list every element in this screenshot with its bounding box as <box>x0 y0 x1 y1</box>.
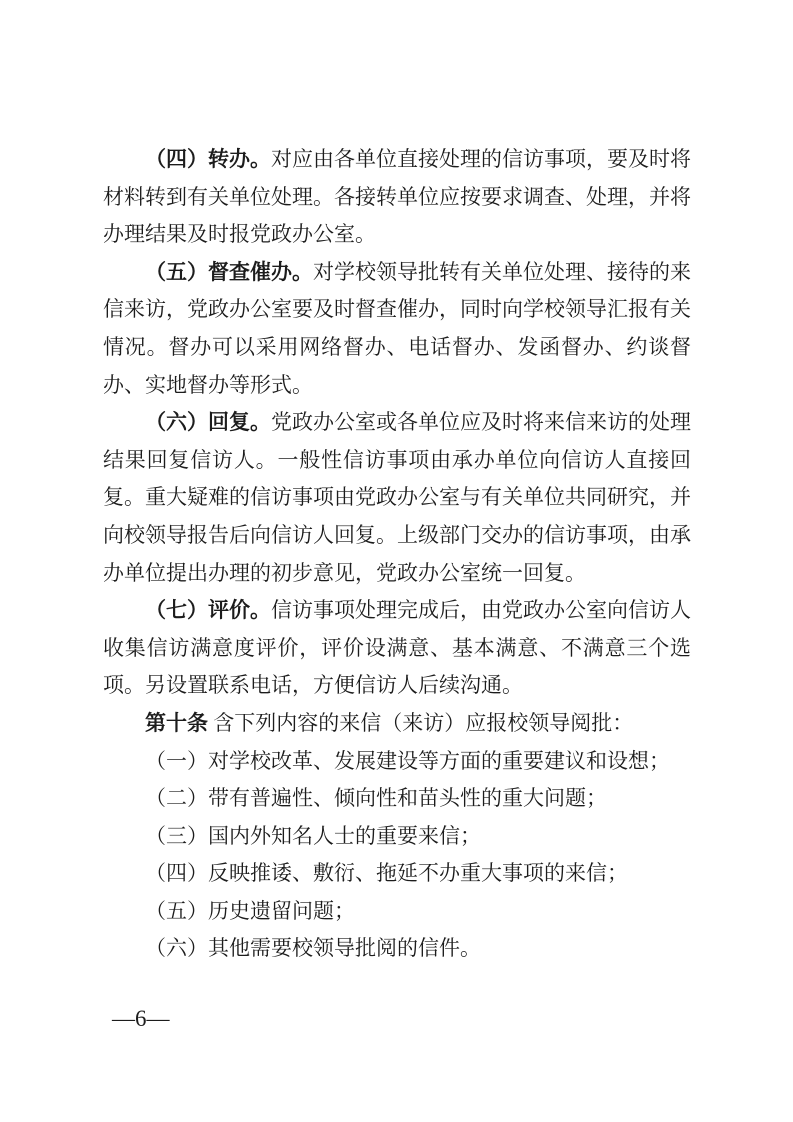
article-10-item-5: （五）历史遗留问题； <box>103 893 691 931</box>
article-10-lead: 第十条 <box>145 711 208 735</box>
article-10-item-5-text: （五）历史遗留问题； <box>145 899 355 923</box>
article-10-item-2: （二）带有普遍性、倾向性和苗头性的重大问题； <box>103 780 691 818</box>
article-10-item-4: （四）反映推诿、敷衍、拖延不办重大事项的来信； <box>103 855 691 893</box>
clause-4-forwarding: （四）转办。对应由各单位直接处理的信访事项，要及时将材料转到有关单位处理。各接转… <box>103 141 691 254</box>
article-10-text: 含下列内容的来信（来访）应报校领导阅批： <box>208 711 633 735</box>
page-number: —6— <box>112 1004 170 1034</box>
clause-6-text: 党政办公室或各单位应及时将来信来访的处理结果回复信访人。一般性信访事项由承办单位… <box>103 410 691 584</box>
article-10-item-3-text: （三）国内外知名人士的重要来信； <box>145 824 481 848</box>
clause-4-lead: （四）转办。 <box>145 147 271 171</box>
article-10-item-1-text: （一）对学校改革、发展建设等方面的重要建议和设想； <box>145 749 670 773</box>
clause-5-supervision: （五）督查催办。对学校领导批转有关单位处理、接待的来信来访，党政办公室要及时督查… <box>103 254 691 404</box>
clause-6-lead: （六）回复。 <box>145 410 271 434</box>
clause-6-reply: （六）回复。党政办公室或各单位应及时将来信来访的处理结果回复信访人。一般性信访事… <box>103 404 691 592</box>
article-10-item-1: （一）对学校改革、发展建设等方面的重要建议和设想； <box>103 743 691 781</box>
clause-7-evaluation: （七）评价。信访事项处理完成后，由党政办公室向信访人收集信访满意度评价，评价设满… <box>103 592 691 705</box>
article-10-item-3: （三）国内外知名人士的重要来信； <box>103 818 691 856</box>
article-10-item-4-text: （四）反映推诿、敷衍、拖延不办重大事项的来信； <box>145 861 628 885</box>
document-body: （四）转办。对应由各单位直接处理的信访事项，要及时将材料转到有关单位处理。各接转… <box>103 141 691 968</box>
article-10-item-2-text: （二）带有普遍性、倾向性和苗头性的重大问题； <box>145 786 607 810</box>
document-page: （四）转办。对应由各单位直接处理的信访事项，要及时将材料转到有关单位处理。各接转… <box>0 0 793 1122</box>
clause-7-lead: （七）评价。 <box>145 598 271 622</box>
clause-5-lead: （五）督查催办。 <box>145 260 313 284</box>
article-10-item-6-text: （六）其他需要校领导批阅的信件。 <box>145 936 481 960</box>
article-10-item-6: （六）其他需要校领导批阅的信件。 <box>103 930 691 968</box>
article-10-heading: 第十条 含下列内容的来信（来访）应报校领导阅批： <box>103 705 691 743</box>
